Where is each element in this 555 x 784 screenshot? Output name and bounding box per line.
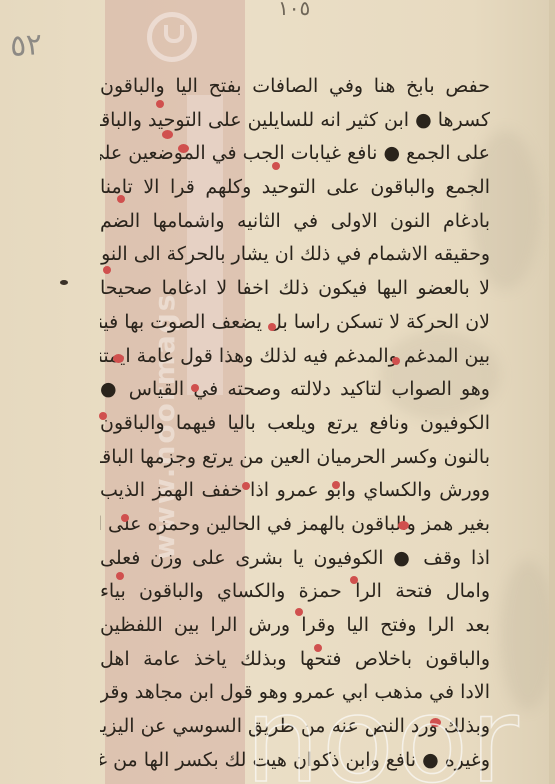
text-line: بغير همز والباقون بالهمز في الحالين وحمز…: [100, 508, 490, 542]
text-line: على الجمع ● نافع غيابات الجب في الموضعين…: [100, 137, 490, 171]
rubric-dot: [350, 576, 358, 584]
rubric-dot: [117, 195, 125, 203]
text-line: كسرها ● ابن كثير انه للسايلين على التوحي…: [100, 104, 490, 138]
folio-number: ١٠٥: [278, 0, 310, 20]
rubric-dot: [398, 521, 409, 530]
text-line: لا بالعضو اليها فيكون ذلك اخفا لا ادغاما…: [100, 272, 490, 306]
text-line: لان الحركة لا تسكن راسا بل يضعف الصوت به…: [100, 306, 490, 340]
rubric-dot: [113, 354, 124, 363]
text-line: بادغام النون الاولى في الثانيه واشمامها …: [100, 205, 490, 239]
text-line: وورش والكساي وابو عمرو اذا خفف الهمز الذ…: [100, 474, 490, 508]
rubric-dot: [99, 412, 107, 420]
rubric-dot: [268, 323, 276, 331]
text-line: وامال فتحة الرا حمزة والكساي والباقون بي…: [100, 575, 490, 609]
text-line: الكوفيون ونافع يرتع ويلعب باليا فيهما وا…: [100, 407, 490, 441]
manuscript-page: www.noormags ١٠٥ ٥٢ حفص بابخ هنا وفي الص…: [0, 0, 555, 784]
rubric-dot: [242, 482, 250, 490]
rubric-dot: [392, 357, 400, 365]
text-line: بين المدغم والمدغم فيه لذلك وهذا قول عام…: [100, 340, 490, 374]
rubric-dot: [314, 644, 322, 652]
rubric-dot: [103, 266, 111, 274]
pencil-page-number: ٥٢: [9, 27, 44, 64]
rubric-dot: [332, 481, 340, 489]
rubric-dot: [295, 608, 303, 616]
text-line: وحقيقه الاشمام في ذلك ان يشار بالحركة ال…: [100, 238, 490, 272]
text-line: اذا وقف ● الكوفيون يا بشرى على وزن فعلى: [100, 542, 490, 576]
rubric-dot: [116, 572, 124, 580]
text-line: الجمع والباقون على التوحيد وكلهم قرا الا…: [100, 171, 490, 205]
rubric-dot: [191, 384, 199, 392]
text-line: حفص بابخ هنا وفي الصافات بفتح اليا والبا…: [100, 70, 490, 104]
page-edge: [549, 0, 555, 784]
watermark-logo-icon: [147, 12, 197, 62]
ink-mark: [60, 280, 68, 285]
text-line: وهو الصواب لتاكيد دلالته وصحته في القياس…: [100, 373, 490, 407]
text-line: بالنون وكسر الحرميان العين من يرتع وجزمه…: [100, 441, 490, 475]
rubric-dot: [121, 514, 129, 522]
rubric-dot: [272, 162, 280, 170]
rubric-dot: [156, 100, 164, 108]
rubric-dot: [178, 144, 189, 153]
rubric-dot: [162, 130, 173, 139]
watermark-text: noor: [245, 690, 521, 784]
